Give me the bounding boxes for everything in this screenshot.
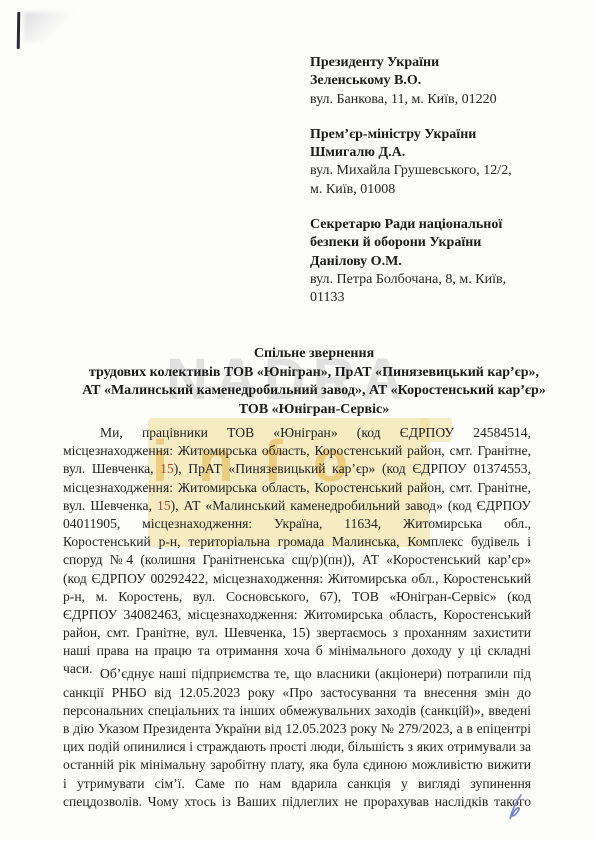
text-segment: і утримувати сім’ї. Саме по нам вдарила … (63, 776, 531, 791)
title-line: трудових колективів ТОВ «Юнігран», ПрАТ … (40, 364, 588, 383)
address-line: Президенту України (310, 54, 590, 72)
text-segment: вул. Шевченка, (63, 498, 157, 513)
text-segment: спецдозволів. Чому хтось із Ваших підлег… (63, 794, 531, 809)
text-line: вул. Шевченка, 15), ПрАТ «Пинязевицький … (63, 460, 531, 478)
paragraph: Ми, працівники ТОВ «Юнігран» (код ЄДРПОУ… (63, 424, 531, 660)
scan-artifact-line (17, 12, 20, 49)
text-segment: район, смт. Гранітне, вул. Шевченка, 15)… (63, 625, 531, 640)
text-line: місцезнаходження: Житомирська область, К… (63, 442, 531, 460)
letter-body: Ми, працівники ТОВ «Юнігран» (код ЄДРПОУ… (63, 424, 531, 811)
paragraph: Об’єднує наші підприємства те, що власни… (63, 665, 531, 811)
text-line: персональних спеціальних та інших обмежу… (63, 702, 531, 720)
title-line: АТ «Малинський каменедробильний завод», … (40, 382, 588, 401)
address-line: вул. Банкова, 11, м. Київ, 01220 (310, 91, 590, 109)
address-line: Данілову О.М. (310, 253, 590, 271)
text-line: в дію Указом Президента України від 12.0… (63, 720, 531, 738)
text-line: ЄДРПОУ 34082463, місцезнаходження: Житом… (63, 606, 531, 624)
text-line: вул. Шевченка, 15), АТ «Малинський камен… (63, 497, 531, 515)
text-segment: ), ПрАТ «Пинязевицький кар’єр» (код ЄДРП… (174, 461, 531, 476)
text-line: Об’єднує наші підприємства те, що власни… (63, 665, 531, 683)
text-line: цих подій опинилися і страждають прості … (63, 738, 531, 756)
scan-smudge (24, 12, 76, 42)
text-line: Коростенський р-н, територіальна громада… (63, 533, 531, 551)
red-marked-number: 15 (157, 498, 171, 513)
address-line: 01133 (310, 289, 590, 307)
address-block: Секретарю Ради національноїбезпеки й обо… (310, 216, 590, 307)
text-line: останній рік мінімальну заробітну плату,… (63, 756, 531, 774)
text-segment: в дію Указом Президента України від 12.0… (63, 721, 531, 736)
address-line: вул. Михайла Грушевського, 12/2, (310, 162, 590, 180)
text-segment: Ми, працівники ТОВ «Юнігран» (код ЄДРПОУ… (100, 425, 531, 440)
text-line: санкції РНБО від 12.05.2023 року «Про за… (63, 684, 531, 702)
text-segment: р-н, м. Коростень, вул. Сосновського, 67… (63, 589, 531, 604)
recipient-address-blocks: Президенту УкраїниЗеленському В.О.вул. Б… (310, 54, 590, 325)
text-line: район, смт. Гранітне, вул. Шевченка, 15)… (63, 624, 531, 642)
address-line: Секретарю Ради національної (310, 216, 590, 234)
text-line: р-н, м. Коростень, вул. Сосновського, 67… (63, 588, 531, 606)
text-segment: цих подій опинилися і страждають прості … (63, 739, 531, 754)
text-line: Ми, працівники ТОВ «Юнігран» (код ЄДРПОУ… (63, 424, 531, 442)
text-line: наші права на працю та отримання хоча б … (63, 642, 531, 660)
title-line: ТОВ «Юнігран-Сервіс» (40, 401, 588, 420)
address-line: безпеки й оборони України (310, 234, 590, 252)
text-segment: 04011905, місцезнаходження: Україна, 116… (63, 516, 531, 531)
text-segment: санкції РНБО від 12.05.2023 року «Про за… (63, 685, 531, 700)
text-line: місцезнаходження: Житомирська область, К… (63, 479, 531, 497)
text-line: споруд №4 (колишня Гранітненська сщ/р)(п… (63, 551, 531, 569)
letter-title: Спільне зверненнятрудових колективів ТОВ… (40, 345, 588, 419)
text-segment: місцезнаходження: Житомирська область, К… (63, 480, 531, 495)
scanned-letter-page: Президенту УкраїниЗеленському В.О.вул. Б… (0, 0, 595, 841)
text-segment: ), АТ «Малинський каменедробильний завод… (171, 498, 531, 513)
text-line: (код ЄДРПОУ 00292422, місцезнаходження: … (63, 570, 531, 588)
title-line: Спільне звернення (40, 345, 588, 364)
address-line: м. Київ, 01008 (310, 181, 590, 199)
address-block: Президенту УкраїниЗеленському В.О.вул. Б… (310, 54, 590, 109)
address-block: Прем’єр-міністру УкраїниШмигалю Д.А.вул.… (310, 126, 590, 199)
red-marked-number: 15 (160, 461, 174, 476)
text-segment: ЄДРПОУ 34082463, місцезнаходження: Житом… (63, 607, 531, 622)
text-segment: останній рік мінімальну заробітну плату,… (63, 757, 531, 772)
address-line: вул. Петра Болбочана, 8, м. Київ, (310, 271, 590, 289)
text-segment: місцезнаходження: Житомирська область, К… (63, 443, 531, 458)
text-segment: Коростенський р-н, територіальна громада… (63, 534, 531, 549)
address-line: Прем’єр-міністру України (310, 126, 590, 144)
address-line: Шмигалю Д.А. (310, 144, 590, 162)
text-segment: споруд №4 (колишня Гранітненська сщ/р)(п… (63, 552, 531, 567)
text-line: 04011905, місцезнаходження: Україна, 116… (63, 515, 531, 533)
handwritten-page-mark (504, 792, 532, 826)
text-segment: (код ЄДРПОУ 00292422, місцезнаходження: … (63, 571, 531, 586)
text-segment: персональних спеціальних та інших обмежу… (63, 703, 531, 718)
address-line: Зеленському В.О. (310, 72, 590, 90)
text-segment: вул. Шевченка, (63, 461, 160, 476)
text-line: спецдозволів. Чому хтось із Ваших підлег… (63, 793, 531, 811)
text-line: і утримувати сім’ї. Саме по нам вдарила … (63, 775, 531, 793)
text-segment: Об’єднує наші підприємства те, що власни… (100, 666, 531, 681)
